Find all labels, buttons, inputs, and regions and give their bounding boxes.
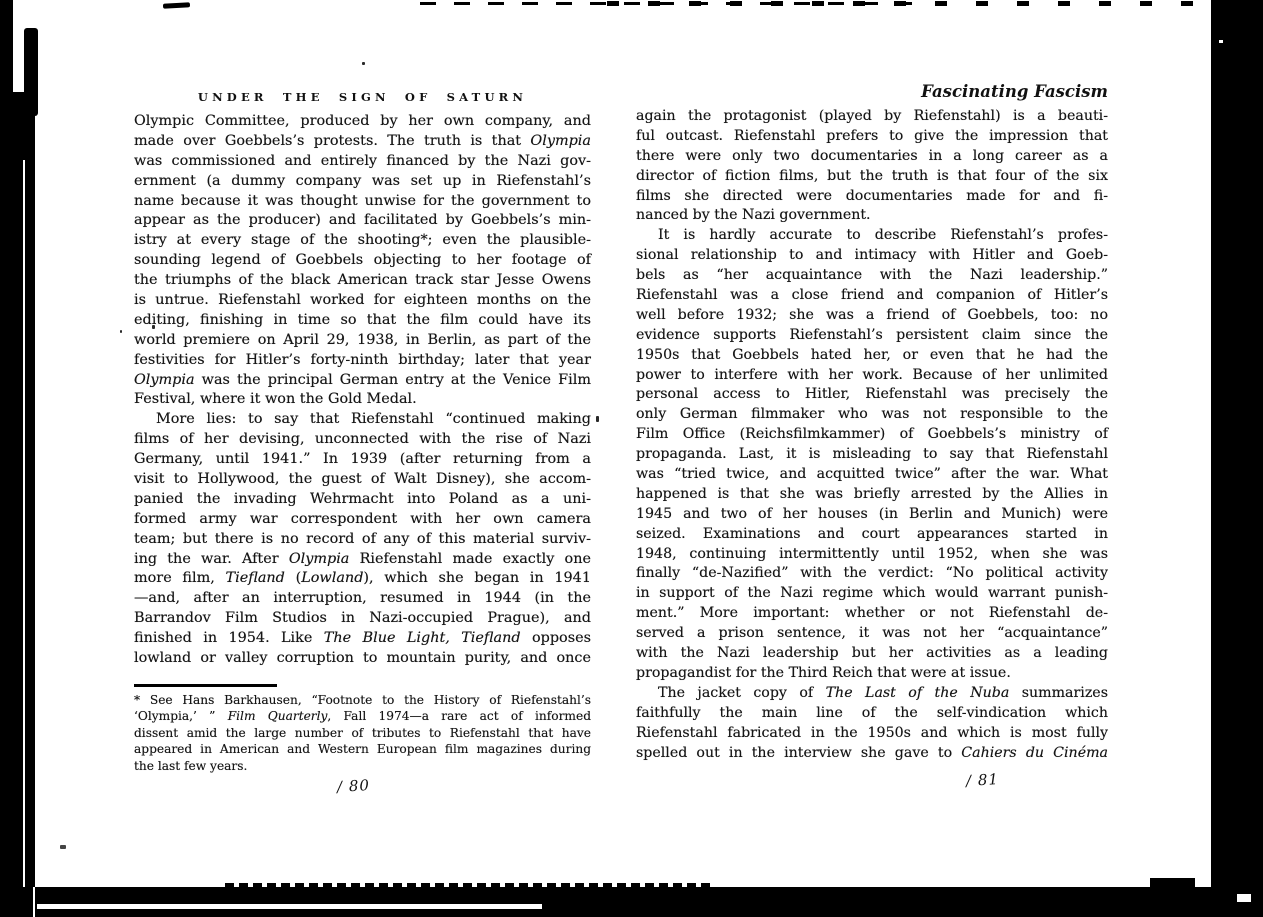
text-line: More lies: to say that Riefenstahl “cont…: [134, 410, 591, 430]
text-line: 1945 and two of her houses (in Berlin an…: [636, 505, 1108, 525]
scanned-book-spread: UNDER THE SIGN OF SATURN Olympic Committ…: [0, 0, 1263, 917]
text-line: formed army war correspondent with her o…: [134, 510, 591, 530]
page-number-left: / 80: [337, 776, 371, 796]
scan-speck: [362, 62, 365, 65]
text-line: finished in 1954. Like The Blue Light, T…: [134, 629, 591, 649]
text-line: in support of the Nazi regime which woul…: [636, 584, 1108, 604]
text-line: nanced by the Nazi government.: [636, 206, 1108, 226]
text-line: propagandist for the Third Reich that we…: [636, 664, 1108, 684]
scan-top-dash: [163, 2, 190, 8]
paragraph: again the protagonist (played by Riefens…: [636, 107, 1108, 226]
paragraph: The jacket copy of The Last of the Nuba …: [636, 684, 1108, 764]
paragraph: * See Hans Barkhausen, “Footnote to the …: [134, 692, 591, 774]
text-line: Riefenstahl fabricated in the 1950s and …: [636, 724, 1108, 744]
text-line: Germany, until 1941.” In 1939 (after ret…: [134, 450, 591, 470]
scan-bottom-scratch: [33, 887, 35, 917]
text-line: the last few years.: [134, 758, 591, 774]
text-line: istry at every stage of the shooting*; e…: [134, 231, 591, 251]
text-line: visit to Hollywood, the guest of Walt Di…: [134, 470, 591, 490]
text-line: Riefenstahl was a close friend and compa…: [636, 286, 1108, 306]
scan-left-edge-scratch: [23, 160, 25, 917]
text-line: sional relationship to and intimacy with…: [636, 246, 1108, 266]
text-line: power to interfere with her work. Becaus…: [636, 366, 1108, 386]
scan-speck: [60, 845, 66, 849]
right-running-header: Fascinating Fascism: [636, 82, 1108, 101]
left-page-body: Olympic Committee, produced by her own c…: [134, 112, 591, 669]
scan-bottom-white-slit: [37, 904, 542, 909]
text-line: faithfully the main line of the self-vin…: [636, 704, 1108, 724]
text-line: films she directed were documentaries ma…: [636, 187, 1108, 207]
text-line: films of her devising, unconnected with …: [134, 430, 591, 450]
text-line: ful outcast. Riefenstahl prefers to give…: [636, 127, 1108, 147]
footnote: * See Hans Barkhausen, “Footnote to the …: [134, 692, 591, 774]
text-line: with the Nazi leadership but her activit…: [636, 644, 1108, 664]
text-line: made over Goebbels’s protests. The truth…: [134, 132, 591, 152]
text-line: Olympic Committee, produced by her own c…: [134, 112, 591, 132]
text-line: director of fiction films, but the truth…: [636, 167, 1108, 187]
scan-top-left-blob: [24, 28, 38, 116]
text-line: 1950s that Goebbels hated her, or even t…: [636, 346, 1108, 366]
scan-right-edge-bar: [1211, 0, 1263, 917]
text-line: Olympia was the principal German entry a…: [134, 371, 591, 391]
text-line: Film Office (Reichsfilmkammer) of Goebbe…: [636, 425, 1108, 445]
scan-right-edge-dot: [1219, 40, 1223, 43]
text-line: Barrandov Film Studios in Nazi-occupied …: [134, 609, 591, 629]
text-line: —and, after an interruption, resumed in …: [134, 589, 591, 609]
text-line: editing, finishing in time so that the f…: [134, 311, 591, 331]
text-line: spelled out in the interview she gave to…: [636, 744, 1108, 764]
text-line: ment.” More important: whether or not Ri…: [636, 604, 1108, 624]
text-line: team; but there is no record of any of t…: [134, 530, 591, 550]
text-line: Festival, where it won the Gold Medal.: [134, 390, 591, 410]
text-line: The jacket copy of The Last of the Nuba …: [636, 684, 1108, 704]
footnote-rule: [134, 684, 277, 687]
left-running-header: UNDER THE SIGN OF SATURN: [134, 90, 591, 104]
text-line: ‘Olympia,’ ” Film Quarterly, Fall 1974—a…: [134, 708, 591, 724]
text-line: It is hardly accurate to describe Riefen…: [636, 226, 1108, 246]
paragraph: Olympic Committee, produced by her own c…: [134, 112, 591, 410]
scan-speck: [596, 416, 599, 422]
text-line: dissent amid the large number of tribute…: [134, 725, 591, 741]
text-line: name because it was thought unwise for t…: [134, 192, 591, 212]
text-line: festivities for Hitler’s forty-ninth bir…: [134, 351, 591, 371]
scan-speck: [152, 325, 155, 329]
text-line: evidence supports Riefenstahl’s persiste…: [636, 326, 1108, 346]
text-line: 1948, continuing intermittently until 19…: [636, 545, 1108, 565]
text-line: personal access to Hitler, Riefenstahl w…: [636, 385, 1108, 405]
text-line: world premiere on April 29, 1938, in Ber…: [134, 331, 591, 351]
text-line: is untrue. Riefenstahl worked for eighte…: [134, 291, 591, 311]
text-line: well before 1932; she was a friend of Go…: [636, 306, 1108, 326]
text-line: seized. Examinations and court appearanc…: [636, 525, 1108, 545]
scan-top-dashes-dense: [600, 1, 1208, 6]
text-line: sounding legend of Goebbels objecting to…: [134, 251, 591, 271]
text-line: more film, Tiefland (Lowland), which she…: [134, 569, 591, 589]
text-line: was commissioned and entirely financed b…: [134, 152, 591, 172]
page-number-right: / 81: [966, 770, 1000, 790]
text-line: served a prison sentence, it was not her…: [636, 624, 1108, 644]
text-line: panied the invading Wehrmacht into Polan…: [134, 490, 591, 510]
text-line: was “tried twice, and acquitted twice” a…: [636, 465, 1108, 485]
scan-bottom-band: [13, 887, 1263, 917]
text-line: bels as “her acquaintance with the Nazi …: [636, 266, 1108, 286]
paragraph: More lies: to say that Riefenstahl “cont…: [134, 410, 591, 669]
paragraph: It is hardly accurate to describe Riefen…: [636, 226, 1108, 683]
text-line: there were only two documentaries in a l…: [636, 147, 1108, 167]
text-line: lowland or valley corruption to mountain…: [134, 649, 591, 669]
text-line: * See Hans Barkhausen, “Footnote to the …: [134, 692, 591, 708]
text-line: appeared in American and Western Europea…: [134, 741, 591, 757]
right-page-body: again the protagonist (played by Riefens…: [636, 107, 1108, 763]
text-line: again the protagonist (played by Riefens…: [636, 107, 1108, 127]
text-line: finally “de-Nazified” with the verdict: …: [636, 564, 1108, 584]
text-line: ernment (a dummy company was set up in R…: [134, 172, 591, 192]
text-line: propaganda. Last, it is misleading to sa…: [636, 445, 1108, 465]
scan-speck: [120, 330, 122, 333]
text-line: the triumphs of the black American track…: [134, 271, 591, 291]
text-line: only German filmmaker who was not respon…: [636, 405, 1108, 425]
scan-bottom-white-notch: [1237, 894, 1251, 902]
text-line: ing the war. After Olympia Riefenstahl m…: [134, 550, 591, 570]
text-line: happened is that she was briefly arreste…: [636, 485, 1108, 505]
text-line: appear as the producer) and facilitated …: [134, 211, 591, 231]
